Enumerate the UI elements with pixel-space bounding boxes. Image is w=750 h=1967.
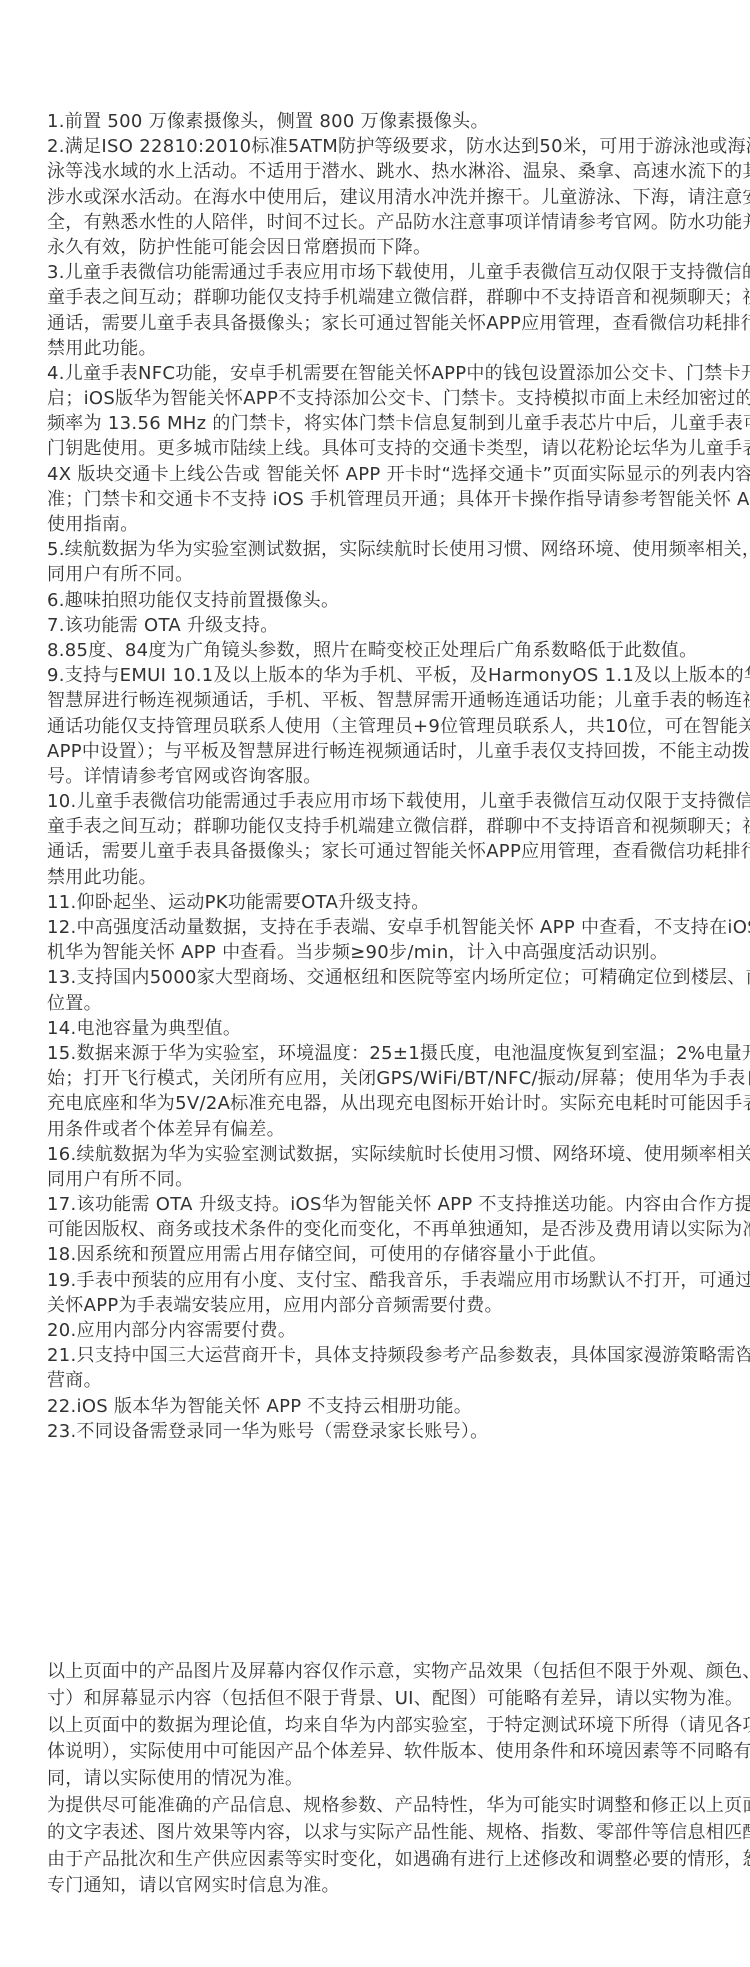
footnote-item: 12.中高强度活动量数据，支持在手表端、安卓手机智能关怀 APP 中查看，不支持… [47,915,707,965]
footnote-item-line: 关怀APP为手表端安装应用，应用内部分音频需要付费。 [47,1293,707,1318]
footnote-item-line: 通话功能仅支持管理员联系人使用（主管理员+9位管理员联系人，共10位，可在智能关… [47,714,707,739]
footnote-item-line: 20.应用内部分内容需要付费。 [47,1318,707,1343]
footnote-item-line: 5.续航数据为华为实验室测试数据，实际续航时长使用习惯、网络环境、使用频率相关，… [47,537,707,562]
disclaimer-paragraph: 为提供尽可能准确的产品信息、规格参数、产品特性，华为可能实时调整和修正以上页面中… [47,1793,707,1900]
footnote-item-line: 全，有熟悉水性的人陪伴，时间不过长。产品防水注意事项详情请参考官网。防水功能并非 [47,210,707,235]
footnote-item-line: 23.不同设备需登录同一华为账号（需登录家长账号）。 [47,1419,707,1444]
footnote-item-line: 8.85度、84度为广角镜头参数，照片在畸变校正处理后广角系数略低于此数值。 [47,638,707,663]
footnote-item: 17.该功能需 OTA 升级支持。iOS华为智能关怀 APP 不支持推送功能。内… [47,1192,707,1242]
footnote-item: 2.满足ISO 22810:2010标准5ATM防护等级要求，防水达到50米，可… [47,134,707,260]
footnote-item-line: 2.满足ISO 22810:2010标准5ATM防护等级要求，防水达到50米，可… [47,134,707,159]
disclaimer-section: 以上页面中的产品图片及屏幕内容仅作示意，实物产品效果（包括但不限于外观、颜色、尺… [47,1659,707,1900]
footnote-item: 20.应用内部分内容需要付费。 [47,1318,707,1343]
footnote-item-line: 位置。 [47,991,707,1016]
footnote-item-line: 同用户有所不同。 [47,562,707,587]
footnote-item: 8.85度、84度为广角镜头参数，照片在畸变校正处理后广角系数略低于此数值。 [47,638,707,663]
footnote-item-line: APP中设置）；与平板及智慧屏进行畅连视频通话时，儿童手表仅支持回拨，不能主动拨 [47,739,707,764]
footnote-item: 19.手表中预装的应用有小度、支付宝、酷我音乐，手表端应用市场默认不打开，可通过… [47,1268,707,1318]
disclaimer-paragraph: 以上页面中的数据为理论值，均来自华为内部实验室，于特定测试环境下所得（请见各项具… [47,1713,707,1793]
disclaimer-paragraph-line: 以上页面中的产品图片及屏幕内容仅作示意，实物产品效果（包括但不限于外观、颜色、尺 [47,1659,707,1686]
footnote-item-line: 禁用此功能。 [47,865,707,890]
footnote-item-line: 14.电池容量为典型值。 [47,1016,707,1041]
footnote-item: 5.续航数据为华为实验室测试数据，实际续航时长使用习惯、网络环境、使用频率相关，… [47,537,707,587]
footnote-item-line: 通话，需要儿童手表具备摄像头；家长可通过智能关怀APP应用管理，查看微信功耗排行… [47,839,707,864]
footnote-item: 23.不同设备需登录同一华为账号（需登录家长账号）。 [47,1419,707,1444]
footnote-item-line: 泳等浅水域的水上活动。不适用于潜水、跳水、热水淋浴、温泉、桑拿、高速水流下的其他 [47,159,707,184]
footnote-item-line: 3.儿童手表微信功能需通过手表应用市场下载使用，儿童手表微信互动仅限于支持微信的… [47,260,707,285]
footnote-item-line: 7.该功能需 OTA 升级支持。 [47,613,707,638]
footnote-item-line: 18.因系统和预置应用需占用存储空间，可使用的存储容量小于此值。 [47,1242,707,1267]
footnote-item-line: 13.支持国内5000家大型商场、交通枢纽和医院等室内场所定位；可精确定位到楼层… [47,965,707,990]
footnote-item-line: 10.儿童手表微信功能需通过手表应用市场下载使用，儿童手表微信互动仅限于支持微信… [47,789,707,814]
footnote-item-line: 涉水或深水活动。在海水中使用后，建议用清水冲洗并擦干。儿童游泳、下海，请注意安 [47,185,707,210]
footnote-item-line: 同用户有所不同。 [47,1167,707,1192]
footnote-item-line: 16.续航数据为华为实验室测试数据，实际续航时长使用习惯、网络环境、使用频率相关… [47,1142,707,1167]
footnote-item-line: 准；门禁卡和交通卡不支持 iOS 手机管理员开通；具体开卡操作指导请参考智能关怀… [47,487,707,512]
footnote-item: 4.儿童手表NFC功能，安卓手机需要在智能关怀APP中的钱包设置添加公交卡、门禁… [47,361,707,537]
disclaimer-paragraph-line: 同，请以实际使用的情况为准。 [47,1766,707,1793]
footnote-item: 9.支持与EMUI 10.1及以上版本的华为手机、平板，及HarmonyOS 1… [47,663,707,789]
footnote-item-line: 门钥匙使用。更多城市陆续上线。具体可支持的交通卡类型，请以花粉论坛华为儿童手表 [47,436,707,461]
disclaimer-paragraph-line: 的文字表述、图片效果等内容，以求与实际产品性能、规格、指数、零部件等信息相匹配。 [47,1820,707,1847]
footnote-item-line: 充电底座和华为5V/2A标准充电器，从出现充电图标开始计时。实际充电耗时可能因手… [47,1091,707,1116]
footnote-item-line: 21.只支持中国三大运营商开卡，具体支持频段参考产品参数表，具体国家漫游策略需咨… [47,1343,707,1368]
footnote-item: 11.仰卧起坐、运动PK功能需要OTA升级支持。 [47,890,707,915]
disclaimer-paragraph-line: 专门通知，请以官网实时信息为准。 [47,1873,707,1900]
footnote-item: 16.续航数据为华为实验室测试数据，实际续航时长使用习惯、网络环境、使用频率相关… [47,1142,707,1192]
disclaimer-paragraph-line: 由于产品批次和生产供应因素等实时变化，如遇确有进行上述修改和调整必要的情形，恕不 [47,1847,707,1874]
footnote-item-line: 22.iOS 版本华为智能关怀 APP 不支持云相册功能。 [47,1394,707,1419]
footnote-item-line: 6.趣味拍照功能仅支持前置摄像头。 [47,588,707,613]
footnote-item: 21.只支持中国三大运营商开卡，具体支持频段参考产品参数表，具体国家漫游策略需咨… [47,1343,707,1393]
footnote-item-line: 17.该功能需 OTA 升级支持。iOS华为智能关怀 APP 不支持推送功能。内… [47,1192,707,1217]
footnote-item: 6.趣味拍照功能仅支持前置摄像头。 [47,588,707,613]
footnote-item-line: 永久有效，防护性能可能会因日常磨损而下降。 [47,235,707,260]
footnote-item: 14.电池容量为典型值。 [47,1016,707,1041]
footnote-item-line: 19.手表中预装的应用有小度、支付宝、酷我音乐，手表端应用市场默认不打开，可通过… [47,1268,707,1293]
footnote-item: 22.iOS 版本华为智能关怀 APP 不支持云相册功能。 [47,1394,707,1419]
footnote-item-line: 智慧屏进行畅连视频通话，手机、平板、智慧屏需开通畅连通话功能；儿童手表的畅连视频 [47,688,707,713]
footnote-item: 15.数据来源于华为实验室，环境温度：25±1摄氏度，电池温度恢复到室温；2%电… [47,1041,707,1142]
footnote-item: 3.儿童手表微信功能需通过手表应用市场下载使用，儿童手表微信互动仅限于支持微信的… [47,260,707,361]
footnote-item-line: 使用指南。 [47,512,707,537]
footnote-item-line: 15.数据来源于华为实验室，环境温度：25±1摄氏度，电池温度恢复到室温；2%电… [47,1041,707,1066]
footnote-item-line: 通话，需要儿童手表具备摄像头；家长可通过智能关怀APP应用管理，查看微信功耗排行… [47,311,707,336]
footnote-item: 7.该功能需 OTA 升级支持。 [47,613,707,638]
footnote-item-line: 号。详情请参考官网或咨询客服。 [47,764,707,789]
footnote-item-line: 12.中高强度活动量数据，支持在手表端、安卓手机智能关怀 APP 中查看，不支持… [47,915,707,940]
disclaimer-paragraph: 以上页面中的产品图片及屏幕内容仅作示意，实物产品效果（包括但不限于外观、颜色、尺… [47,1659,707,1713]
footnote-item-line: 4.儿童手表NFC功能，安卓手机需要在智能关怀APP中的钱包设置添加公交卡、门禁… [47,361,707,386]
disclaimer-paragraph-line: 寸）和屏幕显示内容（包括但不限于背景、UI、配图）可能略有差异，请以实物为准。 [47,1686,707,1713]
footnote-item: 13.支持国内5000家大型商场、交通枢纽和医院等室内场所定位；可精确定位到楼层… [47,965,707,1015]
footnote-item-line: 启；iOS版华为智能关怀APP不支持添加公交卡、门禁卡。支持模拟市面上未经加密过… [47,386,707,411]
footnote-item-line: 4X 版块交通卡上线公告或 智能关怀 APP 开卡时“选择交通卡”页面实际显示的… [47,462,707,487]
footnote-item: 18.因系统和预置应用需占用存储空间，可使用的存储容量小于此值。 [47,1242,707,1267]
disclaimer-paragraph-line: 体说明），实际使用中可能因产品个体差异、软件版本、使用条件和环境因素等不同略有不 [47,1739,707,1766]
footnote-item-line: 9.支持与EMUI 10.1及以上版本的华为手机、平板，及HarmonyOS 1… [47,663,707,688]
footnote-item-line: 可能因版权、商务或技术条件的变化而变化，不再单独通知，是否涉及费用请以实际为准。 [47,1217,707,1242]
footnote-item-line: 频率为 13.56 MHz 的门禁卡，将实体门禁卡信息复制到儿童手表芯片中后，儿… [47,411,707,436]
footnote-item: 10.儿童手表微信功能需通过手表应用市场下载使用，儿童手表微信互动仅限于支持微信… [47,789,707,890]
footnote-item-line: 始；打开飞行模式，关闭所有应用，关闭GPS/WiFi/BT/NFC/振动/屏幕；… [47,1066,707,1091]
footnote-item: 1.前置 500 万像素摄像头，侧置 800 万像素摄像头。 [47,109,707,134]
footnote-item-line: 童手表之间互动；群聊功能仅支持手机端建立微信群，群聊中不支持语音和视频聊天；视频 [47,814,707,839]
footnote-item-line: 禁用此功能。 [47,336,707,361]
footnote-item-line: 营商。 [47,1368,707,1393]
footnote-item-line: 机华为智能关怀 APP 中查看。当步频≥90步/min，计入中高强度活动识别。 [47,940,707,965]
footnote-item-line: 11.仰卧起坐、运动PK功能需要OTA升级支持。 [47,890,707,915]
footnote-item-line: 童手表之间互动；群聊功能仅支持手机端建立微信群，群聊中不支持语音和视频聊天；视频 [47,285,707,310]
disclaimer-paragraph-line: 为提供尽可能准确的产品信息、规格参数、产品特性，华为可能实时调整和修正以上页面中 [47,1793,707,1820]
disclaimer-paragraph-line: 以上页面中的数据为理论值，均来自华为内部实验室，于特定测试环境下所得（请见各项具 [47,1713,707,1740]
footnote-item-line: 用条件或者个体差异有偏差。 [47,1117,707,1142]
footnotes-list: 1.前置 500 万像素摄像头，侧置 800 万像素摄像头。2.满足ISO 22… [47,109,707,1444]
footnote-item-line: 1.前置 500 万像素摄像头，侧置 800 万像素摄像头。 [47,109,707,134]
